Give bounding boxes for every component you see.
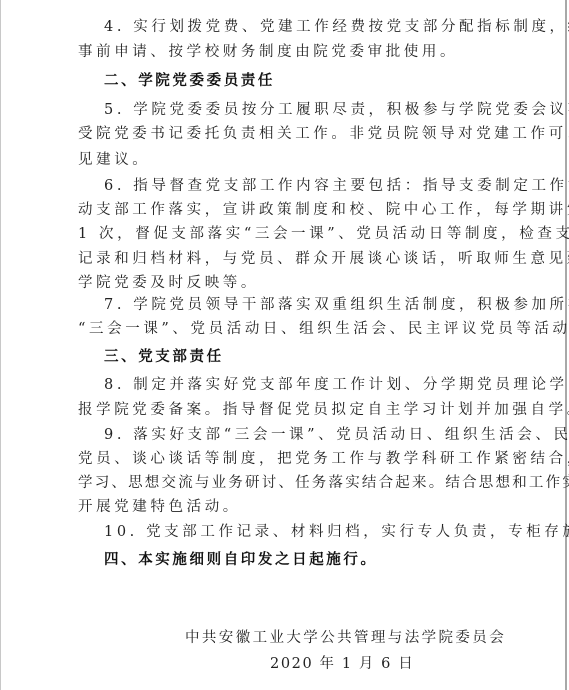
section-heading-3: 三、党支部责任: [104, 347, 224, 367]
item-6-line-3: 1 次，督促支部落实“三会一课”、党员活动日等制度，检查支部工作: [78, 224, 569, 244]
item-7-line-2: “三会一课”、党员活动日、组织生活会、民主评议党员等活动。: [78, 319, 569, 339]
item-5-line-1: 5. 学院党委委员按分工履职尽责，积极参与学院党委会议事决策，: [104, 100, 569, 120]
item-4-line-1: 4. 实行划拨党费、党建工作经费按党支部分配指标制度，经费支出: [104, 17, 569, 37]
section-heading-2: 二、学院党委委员责任: [104, 71, 275, 91]
signature-organization: 中共安徽工业大学公共管理与法学院委员会: [185, 628, 506, 648]
section-heading-4: 四、本实施细则自印发之日起施行。: [104, 550, 378, 570]
item-10-line-1: 10. 党支部工作记录、材料归档，实行专人负责，专柜存放。: [104, 522, 569, 542]
item-9-line-3: 学习、思想交流与业务研讨、任务落实结合起来。结合思想和工作实际，: [78, 473, 569, 493]
item-4-line-2: 事前申请、按学校财务制度由院党委审批使用。: [78, 42, 458, 62]
document-page: 4. 实行划拨党费、党建工作经费按党支部分配指标制度，经费支出 事前申请、按学校…: [0, 0, 569, 690]
item-9-line-4: 开展党建特色活动。: [78, 497, 241, 517]
item-8-line-1: 8. 制定并落实好党支部年度工作计划、分学期党员理论学习计划，: [104, 375, 569, 395]
item-6-line-1: 6. 指导督查党支部工作内容主要包括：指导支委制定工作计划，推: [104, 176, 569, 196]
item-5-line-3: 见建议。: [78, 150, 150, 170]
item-6-line-2: 动支部工作落实，宣讲政策制度和校、院中心工作，每学期讲党课至少: [78, 200, 569, 220]
item-8-line-2: 报学院党委备案。指导督促党员拟定自主学习计划并加强自学。: [78, 400, 569, 420]
page-left-edge: [0, 0, 1, 690]
item-9-line-1: 9. 落实好支部“三会一课”、党员活动日、组织生活会、民主评议: [104, 425, 569, 445]
item-5-line-2: 受院党委书记委托负责相关工作。非党员院领导对党建工作可以提出意: [78, 124, 569, 144]
signature-date: 2020 年 1 月 6 日: [270, 654, 414, 674]
item-7-line-1: 7. 学院党员领导干部落实双重组织生活制度，积极参加所在支部的: [104, 295, 569, 315]
item-9-line-2: 党员、谈心谈话等制度，把党务工作与教学科研工作紧密结合，把理论: [78, 449, 569, 469]
item-6-line-5: 学院党委及时反映等。: [78, 273, 259, 293]
item-6-line-4: 记录和归档材料，与党员、群众开展谈心谈话，听取师生意见建议并向: [78, 249, 569, 269]
